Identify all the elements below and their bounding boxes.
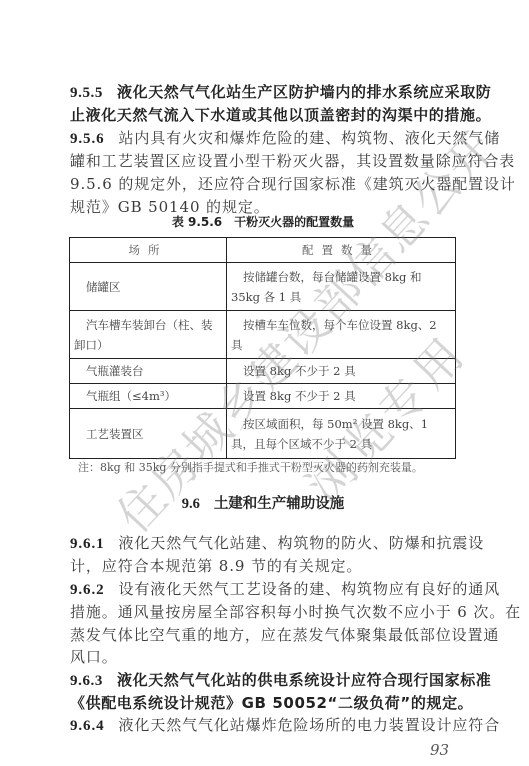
section-number: 9.6 (182, 496, 200, 512)
clause-number: 9.6.3 (70, 673, 103, 689)
section-title: 土建和生产辅助设施 (214, 496, 345, 512)
cell-location: 气瓶灌装台 (70, 359, 227, 384)
header-quantity: 配置数量 (227, 238, 456, 263)
clause-text: 液化天然气气化站爆炸危险场所的电力装置设计应符合 (119, 716, 501, 734)
clause-9-5-6-line-3: 9.5.6 的规定外，还应符合现行国家标准《建筑灭火器配置设计 (70, 173, 456, 195)
clause-9-6-1-line-2: 计，应符合本规范第 8.9 节的有关规定。 (70, 555, 456, 577)
cell-quantity: 按储罐台数，每台储罐设置 8kg 和 35kg 各 1 具 (227, 263, 456, 311)
clause-9-5-6-line-2: 罐和工艺装置区应设置小型干粉灭火器，其设置数量除应符合表 (70, 150, 456, 172)
clause-text: 站内具有火灾和爆炸危险的建、构筑物、液化天然气储 (119, 129, 501, 147)
clause-number: 9.5.5 (70, 85, 103, 101)
table-row: 气瓶组（≤4m³） 设置 8kg 不少于 2 具 (70, 384, 456, 409)
clause-9-6-2-line-4: 风口。 (70, 646, 456, 668)
page-number: 93 (430, 741, 449, 759)
clause-9-6-2-line-1: 9.6.2设有液化天然气工艺设备的建、构筑物应有良好的通风 (70, 578, 456, 601)
cell-location: 汽车槽车装卸台（柱、装卸口） (70, 311, 227, 359)
clause-9-6-2-line-3: 蒸发气体比空气重的地方，应在蒸发气体聚集最低部位设置通 (70, 624, 456, 646)
extinguisher-table: 场所 配置数量 储罐区 按储罐台数，每台储罐设置 8kg 和 35kg 各 1 … (69, 237, 456, 459)
table-header-row: 场所 配置数量 (70, 238, 456, 263)
clause-9-5-5-line-2: 止液化天然气流入下水道或其他以顶盖密封的沟渠中的措施。 (70, 104, 456, 126)
document-page: 9.5.5液化天然气气化站生产区防护墙内的排水系统应采取防 止液化天然气流入下水… (0, 0, 529, 766)
section-heading: 9.6土建和生产辅助设施 (70, 492, 456, 513)
cell-quantity: 设置 8kg 不少于 2 具 (227, 384, 456, 409)
table-row: 气瓶灌装台 设置 8kg 不少于 2 具 (70, 359, 456, 384)
clause-9-5-5-line-1: 9.5.5液化天然气气化站生产区防护墙内的排水系统应采取防 (70, 81, 456, 104)
cell-quantity: 按区域面积，每 50m² 设置 8kg、1 具，且每个区域不少于 2 具 (227, 409, 456, 459)
cell-location: 工艺装置区 (70, 409, 227, 459)
clause-9-6-3-line-1: 9.6.3液化天然气气化站的供电系统设计应符合现行国家标准 (70, 669, 456, 692)
clause-text: 液化天然气气化站生产区防护墙内的排水系统应采取防 (117, 83, 491, 101)
clause-9-6-4-line-1: 9.6.4液化天然气气化站爆炸危险场所的电力装置设计应符合 (70, 714, 456, 737)
clause-text: 设有液化天然气工艺设备的建、构筑物应有良好的通风 (119, 580, 501, 598)
header-location: 场所 (70, 238, 227, 263)
table-row: 储罐区 按储罐台数，每台储罐设置 8kg 和 35kg 各 1 具 (70, 263, 456, 311)
clause-9-6-1-line-1: 9.6.1液化天然气气化站建、构筑物的防火、防爆和抗震设 (70, 532, 456, 555)
clause-9-6-3-line-2: 《供配电系统设计规范》GB 50052“二级负荷”的规定。 (70, 692, 456, 714)
clause-number: 9.6.4 (70, 718, 105, 734)
table-row: 工艺装置区 按区域面积，每 50m² 设置 8kg、1 具，且每个区域不少于 2… (70, 409, 456, 459)
clause-text: 液化天然气气化站建、构筑物的防火、防爆和抗震设 (119, 534, 485, 552)
clause-text: 液化天然气气化站的供电系统设计应符合现行国家标准 (117, 671, 491, 689)
clause-number: 9.5.6 (70, 131, 105, 147)
clause-9-6-2-line-2: 措施。通风量按房屋全部容积每小时换气次数不应小于 6 次。在 (70, 601, 456, 623)
cell-quantity: 设置 8kg 不少于 2 具 (227, 359, 456, 384)
cell-location: 气瓶组（≤4m³） (70, 384, 227, 409)
clause-number: 9.6.2 (70, 582, 105, 598)
cell-quantity: 按槽车车位数，每个车位设置 8kg、2 具 (227, 311, 456, 359)
cell-location: 储罐区 (70, 263, 227, 311)
table-caption: 表 9.5.6 干粉灭火器的配置数量 (70, 213, 456, 230)
clause-number: 9.6.1 (70, 536, 105, 552)
table-row: 汽车槽车装卸台（柱、装卸口） 按槽车车位数，每个车位设置 8kg、2 具 (70, 311, 456, 359)
table-note: 注：8kg 和 35kg 分别指手提式和手推式干粉型灭火器的药剂充装量。 (78, 459, 423, 475)
clause-9-5-6-line-1: 9.5.6站内具有火灾和爆炸危险的建、构筑物、液化天然气储 (70, 127, 456, 150)
